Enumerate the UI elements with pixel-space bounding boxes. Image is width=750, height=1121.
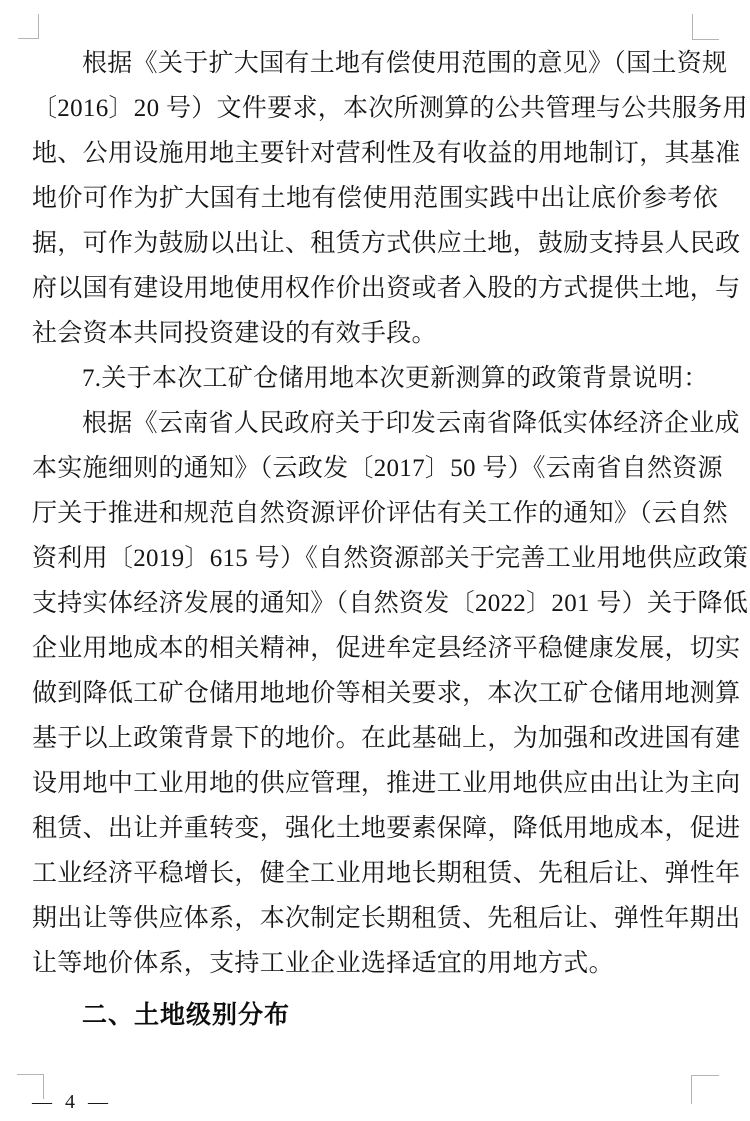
text-line: 府以国有建设用地使用权作价出资或者入股的方式提供土地，与 xyxy=(32,266,718,311)
text-boundary-mark-top-left xyxy=(18,14,39,39)
text-line: 设用地中工业用地的供应管理，推进工业用地供应由出让为主向 xyxy=(32,761,718,806)
text-line: 支持实体经济发展的通知》（自然资发〔2022〕201 号）关于降低 xyxy=(32,581,718,626)
text-line: 〔2016〕20 号）文件要求，本次所测算的公共管理与公共服务用 xyxy=(32,86,718,131)
text-line: 工业经济平稳增长，健全工业用地长期租赁、先租后让、弹性年 xyxy=(32,851,718,896)
text-line: 据，可作为鼓励以出让、租赁方式供应土地，鼓励支持县人民政 xyxy=(32,221,718,266)
text-line: 7.关于本次工矿仓储用地本次更新测算的政策背景说明： xyxy=(32,356,718,401)
document-body: 根据《关于扩大国有土地有偿使用范围的意见》（国土资规 〔2016〕20 号）文件… xyxy=(32,41,718,1038)
text-line: 根据《关于扩大国有土地有偿使用范围的意见》（国土资规 xyxy=(32,41,718,86)
document-page: 根据《关于扩大国有土地有偿使用范围的意见》（国土资规 〔2016〕20 号）文件… xyxy=(0,0,750,1121)
text-line: 地、公用设施用地主要针对营利性及有收益的用地制订，其基准 xyxy=(32,131,718,176)
text-line: 让等地价体系，支持工业企业选择适宜的用地方式。 xyxy=(32,941,718,986)
text-line: 厅关于推进和规范自然资源评价评估有关工作的通知》（云自然 xyxy=(32,491,718,536)
text-line: 根据《云南省人民政府关于印发云南省降低实体经济企业成 xyxy=(32,401,718,446)
section-heading: 二、土地级别分布 xyxy=(32,993,718,1038)
text-line: 企业用地成本的相关精神，促进牟定县经济平稳健康发展，切实 xyxy=(32,626,718,671)
text-line: 资利用〔2019〕615 号）《自然资源部关于完善工业用地供应政策 xyxy=(32,536,718,581)
text-line: 期出让等供应体系，本次制定长期租赁、先租后让、弹性年期出 xyxy=(32,896,718,941)
page-number: — 4 — xyxy=(32,1089,112,1115)
text-line: 基于以上政策背景下的地价。在此基础上，为加强和改进国有建 xyxy=(32,716,718,761)
text-line: 本实施细则的通知》（云政发〔2017〕50 号）《云南省自然资源 xyxy=(32,446,718,491)
text-line: 地价可作为扩大国有土地有偿使用范围实践中出让底价参考依 xyxy=(32,176,718,221)
text-line: 社会资本共同投资建设的有效手段。 xyxy=(32,311,718,356)
text-line: 租赁、出让并重转变，强化土地要素保障，降低用地成本，促进 xyxy=(32,806,718,851)
text-boundary-mark-top-right xyxy=(692,14,719,40)
text-boundary-mark-bottom-right xyxy=(691,1075,719,1104)
text-line: 做到降低工矿仓储用地地价等相关要求，本次工矿仓储用地测算 xyxy=(32,671,718,716)
